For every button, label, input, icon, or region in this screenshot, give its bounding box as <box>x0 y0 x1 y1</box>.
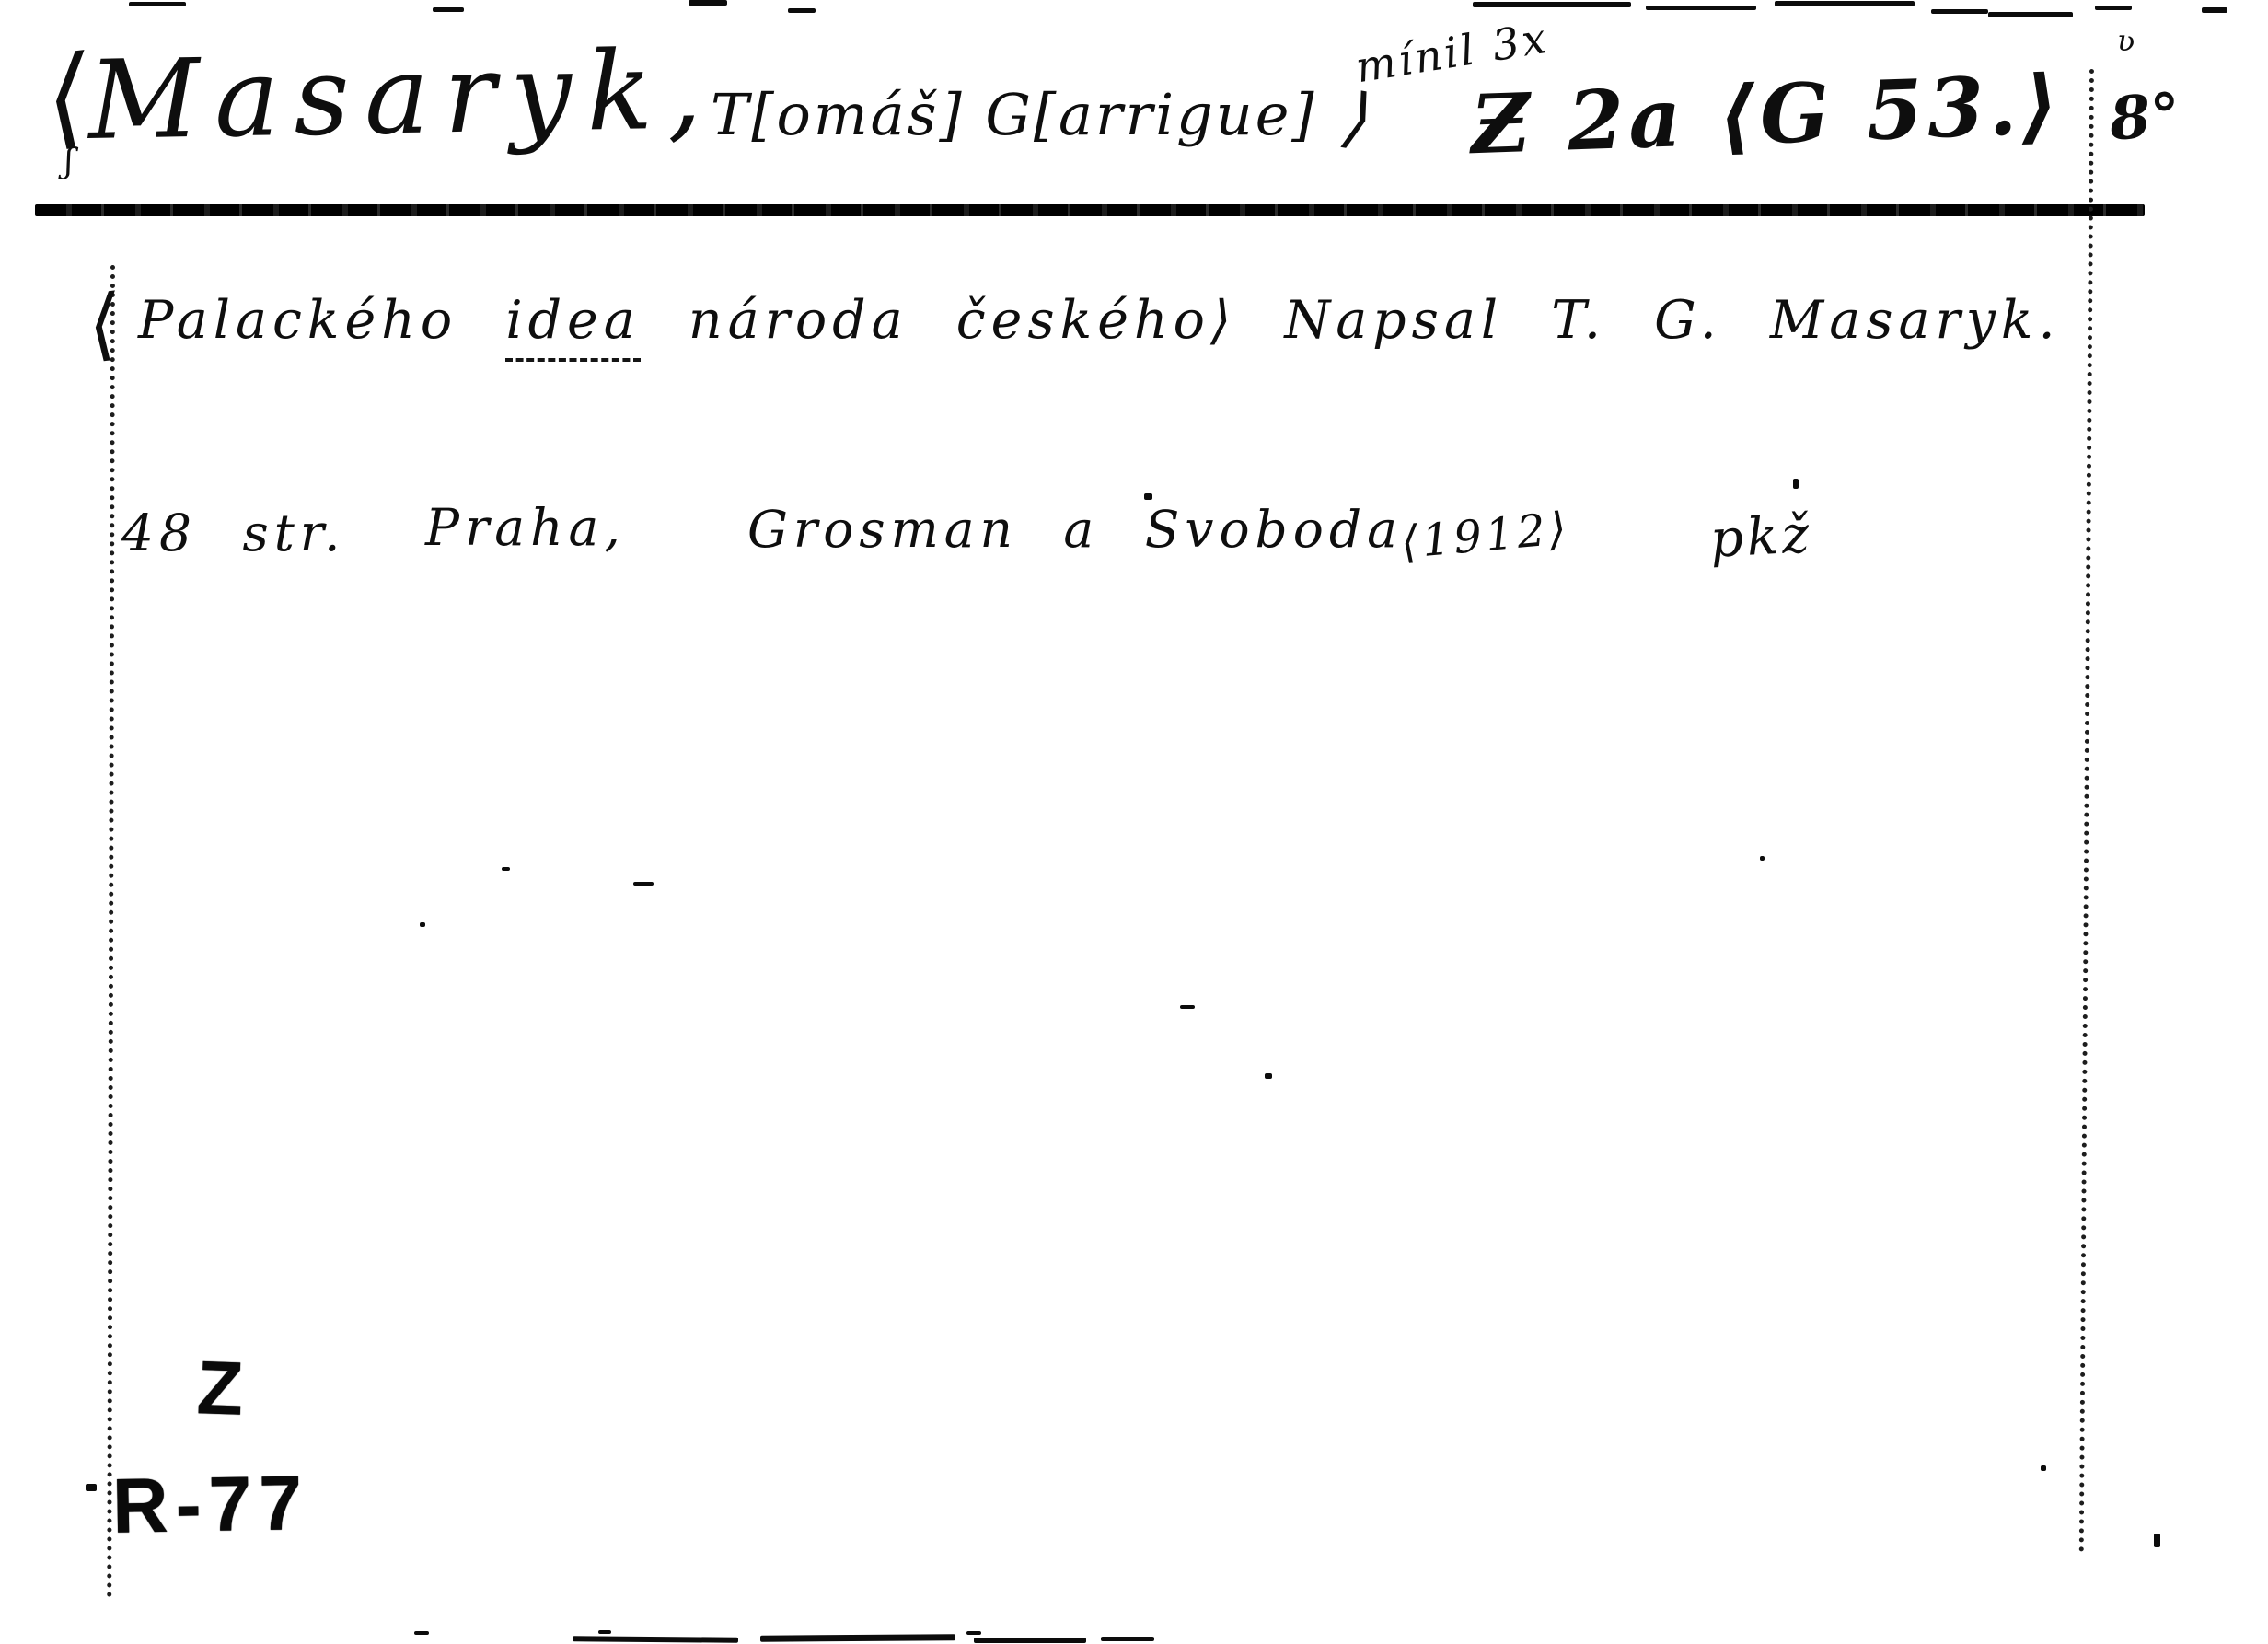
noise-speck <box>86 1484 97 1491</box>
heading-rule <box>35 204 2145 216</box>
heading-close-bracket: ⟩ <box>1341 83 1377 153</box>
noise-speck <box>1988 12 2073 17</box>
title-part2: národa českého⟩ <box>688 290 1236 351</box>
cataloguer-initials: pkž <box>1709 509 1814 566</box>
noise-speck <box>788 8 816 13</box>
title-underlined-word: idea <box>505 290 640 362</box>
noise-speck <box>2202 7 2227 13</box>
scan-edge-streak <box>760 1634 955 1641</box>
noise-speck <box>414 1631 429 1635</box>
scan-edge-streak <box>573 1636 738 1643</box>
noise-speck <box>1473 2 1631 7</box>
corner-mark: ʋ <box>2117 26 2135 55</box>
noise-speck <box>1775 1 1915 6</box>
call-number: Ƶ 2a ⟨G 53.⟩ <box>1470 64 2065 165</box>
title-open-bracket: ⟨ <box>84 284 123 364</box>
noise-speck <box>129 2 186 6</box>
noise-speck <box>1760 856 1765 861</box>
noise-speck <box>502 867 510 871</box>
noise-speck <box>433 7 464 12</box>
noise-speck <box>1265 1073 1272 1079</box>
heading-flourish: ʃ <box>64 145 74 179</box>
heading-forenames: T[omáš] G[arrigue] <box>711 87 1317 144</box>
noise-speck <box>1180 1005 1195 1009</box>
noise-speck <box>966 1631 981 1635</box>
noise-speck <box>1931 9 1988 14</box>
imprint-publisher: Grosman a Svoboda <box>747 504 1403 555</box>
left-dotted-rule <box>107 265 115 1598</box>
noise-speck <box>2154 1534 2160 1547</box>
scan-edge-streak <box>974 1638 1086 1643</box>
collation-pages: 48 str. <box>121 508 346 559</box>
noise-speck <box>2041 1465 2046 1471</box>
noise-speck <box>420 922 425 927</box>
title-line: Palackého idea národa českého⟩ Napsal T.… <box>138 295 2061 347</box>
format-mark: 8° <box>2108 86 2182 149</box>
noise-speck <box>1793 479 1799 489</box>
noise-speck <box>2095 6 2132 10</box>
stamp-category-letter: Z <box>196 1350 245 1428</box>
heading-open-bracket: ⟨ <box>40 41 94 153</box>
noise-speck <box>1144 493 1152 500</box>
noise-speck <box>598 1630 611 1634</box>
noise-speck <box>1646 6 1756 10</box>
scan-edge-streak <box>1101 1637 1154 1641</box>
title-part1: Palackého <box>138 290 457 351</box>
heading-surname: Masaryk, <box>87 35 717 155</box>
imprint-place: Praha, <box>425 503 626 553</box>
stamp-shelf-number: R-77 <box>111 1464 310 1545</box>
noise-speck <box>688 0 727 6</box>
right-dotted-rule <box>2079 69 2094 1553</box>
noise-speck <box>633 882 654 886</box>
title-statement: Napsal T. G. Masaryk. <box>1284 290 2060 351</box>
imprint-year: ⟨1912⟩ <box>1399 506 1571 565</box>
